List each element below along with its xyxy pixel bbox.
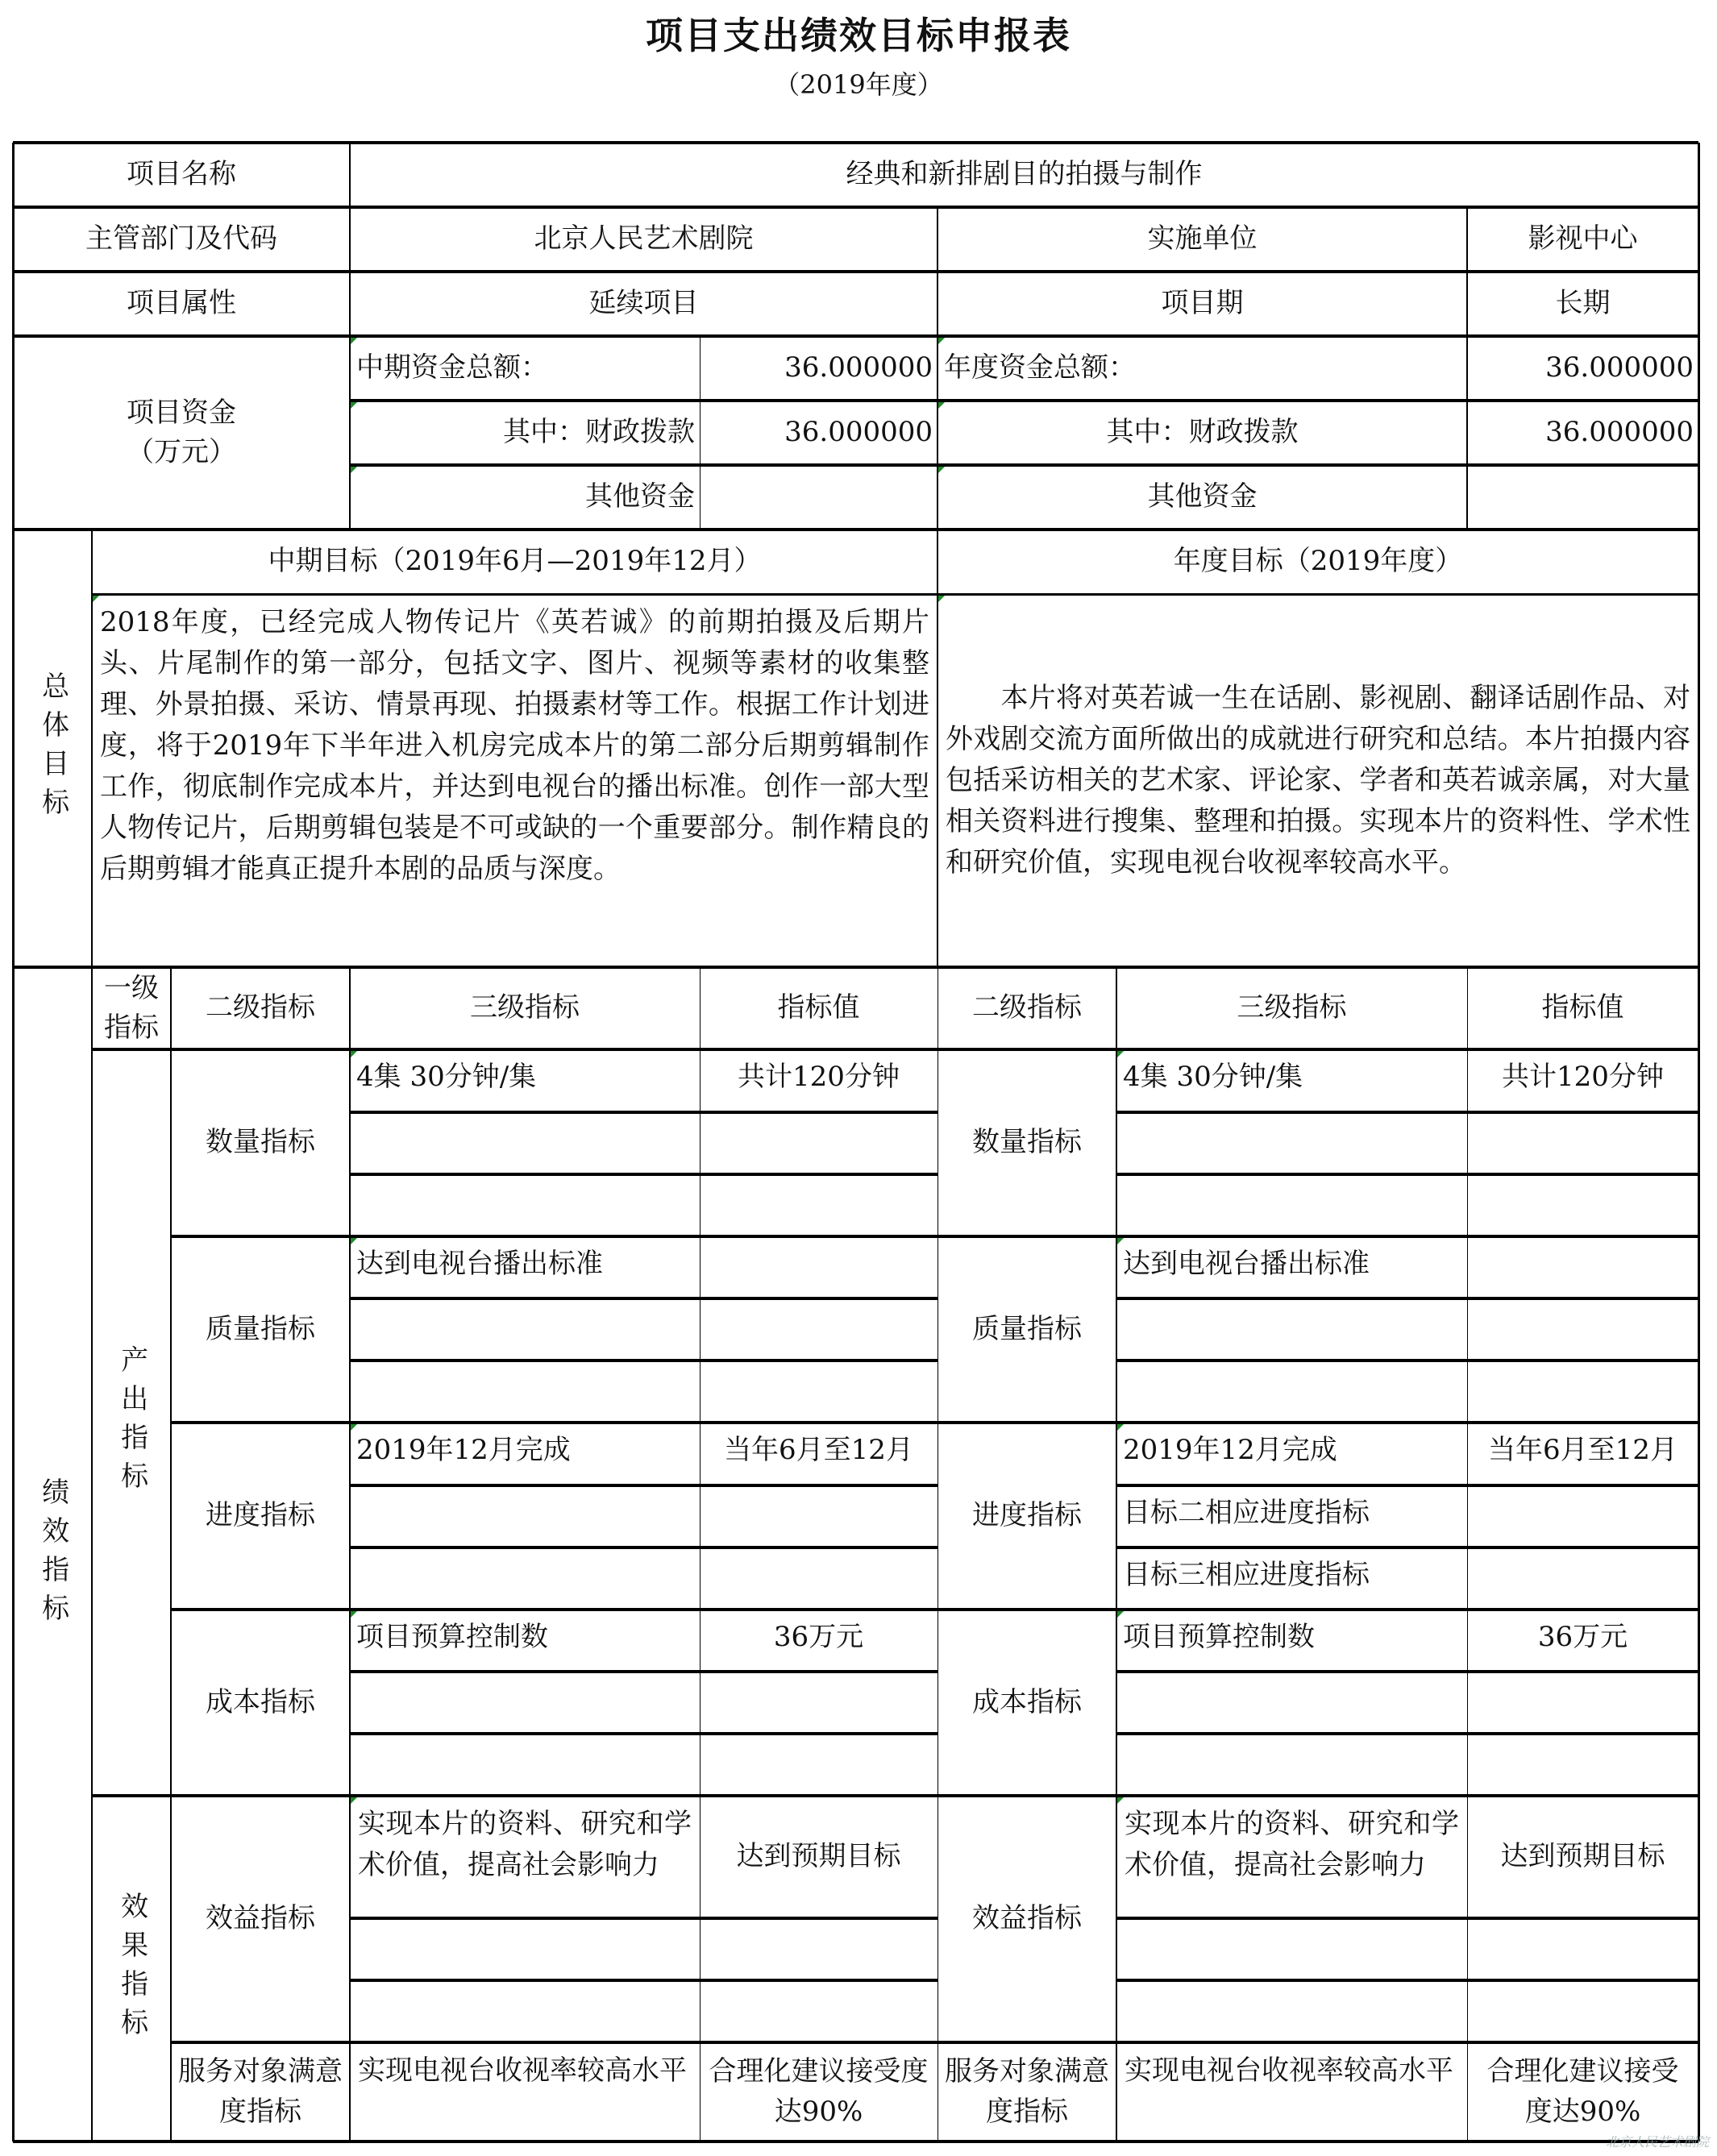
- dept-label: 主管部门及代码: [13, 207, 350, 272]
- performance-indicator-label: 绩效指标: [13, 967, 92, 2141]
- value-mid: [700, 1112, 937, 1174]
- value-mid: [700, 1360, 937, 1423]
- level3-mid: [350, 1485, 700, 1547]
- value-mid: [700, 1672, 937, 1734]
- grid-line: [13, 270, 1698, 273]
- grid-line: [1116, 1732, 1698, 1735]
- level3-annual: [1116, 1174, 1467, 1236]
- grid-line: [13, 334, 1698, 338]
- project-period-label: 项目期: [937, 272, 1467, 336]
- grid-line: [12, 143, 15, 2141]
- page-title: 项目支出绩效目标申报表: [0, 6, 1717, 60]
- grid-line: [350, 1670, 937, 1673]
- level3-mid: 项目预算控制数: [350, 1610, 700, 1672]
- cell-comment-marker-icon: [1117, 1797, 1124, 1804]
- annual-other-value: [1467, 465, 1698, 530]
- level3-mid: 2019年12月完成: [350, 1423, 700, 1485]
- annual-fiscal-label: 其中：财政拨款: [937, 401, 1467, 465]
- value-mid: 共计120分钟: [700, 1049, 937, 1112]
- grid-line: [171, 1421, 1698, 1424]
- level2-mid-2: 进度指标: [171, 1423, 350, 1610]
- mid-goal-header: 中期目标（2019年6月—2019年12月）: [92, 530, 937, 594]
- effect-indicator-label: 效果指标: [92, 1796, 171, 2141]
- level2-annual-5: 服务对象满意度指标: [937, 2042, 1116, 2141]
- value-mid: 合理化建议接受度达90%: [700, 2042, 937, 2141]
- level3-mid: [350, 1298, 700, 1360]
- value-mid: [700, 1918, 937, 1980]
- grid-line: [937, 530, 938, 967]
- grid-line: [1466, 207, 1468, 530]
- level3-mid: 实现电视台收视率较高水平: [350, 2042, 700, 2141]
- value-mid: 达到预期目标: [700, 1796, 937, 1918]
- level3-annual: [1116, 1112, 1467, 1174]
- grid-line: [1116, 1297, 1698, 1300]
- level3-mid: 4集 30分钟/集: [350, 1049, 700, 1112]
- level2-annual-0: 数量指标: [937, 1049, 1116, 1236]
- value-annual: 当年6月至12月: [1467, 1423, 1698, 1485]
- grid-line: [13, 2140, 1698, 2143]
- mid-goal-text: 2018年度，已经完成人物传记片《英若诚》的前期拍摄及后期片头、片尾制作的第一部…: [92, 594, 937, 967]
- value-annual: [1467, 1174, 1698, 1236]
- project-attr-label: 项目属性: [13, 272, 350, 336]
- cell-comment-marker-icon: [1117, 1238, 1124, 1244]
- level3-annual: [1116, 1360, 1467, 1423]
- annual-total-value: 36.000000: [1467, 336, 1698, 401]
- cell-comment-marker-icon: [1117, 1051, 1124, 1057]
- project-name-label: 项目名称: [13, 143, 350, 207]
- watermark: 北京人民艺术剧院: [1606, 2132, 1709, 2150]
- value-mid: [700, 1236, 937, 1298]
- cell-comment-marker-icon: [938, 402, 945, 409]
- grid-line: [1116, 1173, 1698, 1176]
- level2-mid-1: 质量指标: [171, 1236, 350, 1423]
- dept-value: 北京人民艺术剧院: [350, 207, 937, 272]
- impl-unit-value: 影视中心: [1467, 207, 1698, 272]
- value-annual: [1467, 1298, 1698, 1360]
- grid-line: [350, 1173, 937, 1176]
- funding-title: 项目资金: [127, 393, 236, 433]
- funding-unit: （万元）: [127, 433, 236, 472]
- mid-total-value: 36.000000: [700, 336, 937, 401]
- header-level3-annual: 三级指标: [1116, 967, 1467, 1049]
- level3-annual: 实现本片的资料、研究和学术价值，提高社会影响力: [1116, 1796, 1467, 1918]
- grid-line: [13, 966, 1698, 969]
- level3-annual: [1116, 1918, 1467, 1980]
- level3-annual: 2019年12月完成: [1116, 1423, 1467, 1485]
- grid-line: [92, 593, 1698, 596]
- level3-mid: [350, 1980, 700, 2042]
- header-level3-mid: 三级指标: [350, 967, 700, 1049]
- grid-line: [350, 1732, 937, 1735]
- level2-mid-5: 服务对象满意度指标: [171, 2042, 350, 2141]
- grid-line: [349, 143, 351, 530]
- cell-comment-marker-icon: [1117, 1424, 1124, 1431]
- funding-label: 项目资金（万元）: [13, 336, 350, 530]
- level2-annual-3: 成本指标: [937, 1610, 1116, 1796]
- level3-mid: [350, 1734, 700, 1796]
- level3-annual: 达到电视台播出标准: [1116, 1236, 1467, 1298]
- value-annual: [1467, 1236, 1698, 1298]
- level2-mid-3: 成本指标: [171, 1610, 350, 1796]
- annual-goal-header: 年度目标（2019年度）: [937, 530, 1698, 594]
- grid-line: [13, 206, 1698, 209]
- value-annual: [1467, 1112, 1698, 1174]
- header-level2-annual: 二级指标: [937, 967, 1116, 1049]
- mid-fiscal-value: 36.000000: [700, 401, 937, 465]
- value-mid: [700, 1547, 937, 1610]
- output-indicator-label: 产出指标: [92, 1049, 171, 1796]
- annual-other-label: 其他资金: [937, 465, 1467, 530]
- level3-mid: [350, 1360, 700, 1423]
- level3-mid: [350, 1112, 700, 1174]
- value-annual: [1467, 1360, 1698, 1423]
- level3-annual: 实现电视台收视率较高水平: [1116, 2042, 1467, 2141]
- project-attr-value: 延续项目: [350, 272, 937, 336]
- mid-fiscal-label: 其中：财政拨款: [350, 401, 700, 465]
- grid-line: [1116, 1359, 1698, 1362]
- grid-line: [1467, 967, 1468, 2141]
- annual-total-label: 年度资金总额：: [937, 336, 1467, 401]
- cell-comment-marker-icon: [351, 1611, 357, 1618]
- level2-annual-1: 质量指标: [937, 1236, 1116, 1423]
- grid-line: [91, 530, 93, 2141]
- grid-line: [937, 207, 938, 530]
- level3-annual: 4集 30分钟/集: [1116, 1049, 1467, 1112]
- header-level1: 一级指标: [92, 967, 171, 1049]
- cell-comment-marker-icon: [1117, 1611, 1124, 1618]
- cell-comment-marker-icon: [351, 1051, 357, 1057]
- level3-mid: [350, 1547, 700, 1610]
- cell-comment-marker-icon: [938, 467, 945, 473]
- cell-comment-marker-icon: [93, 596, 99, 602]
- grid-line: [937, 967, 938, 2141]
- value-mid: 36万元: [700, 1610, 937, 1672]
- grid-line: [13, 141, 1698, 144]
- level2-annual-4: 效益指标: [937, 1796, 1116, 2042]
- mid-other-label: 其他资金: [350, 465, 700, 530]
- grid-line: [350, 1546, 937, 1549]
- value-annual: [1467, 1547, 1698, 1610]
- grid-line: [1116, 1670, 1698, 1673]
- level3-annual: [1116, 1298, 1467, 1360]
- mid-other-value: [700, 465, 937, 530]
- grid-line: [1116, 1917, 1698, 1920]
- grid-line: [1116, 967, 1117, 2141]
- overall-goal-label: 总体目标: [13, 530, 92, 967]
- level3-mid: 实现本片的资料、研究和学术价值，提高社会影响力: [350, 1796, 700, 1918]
- level3-annual: [1116, 1672, 1467, 1734]
- project-period-value: 长期: [1467, 272, 1698, 336]
- mid-total-label: 中期资金总额：: [350, 336, 700, 401]
- annual-goal-text: 本片将对英若诚一生在话剧、影视剧、翻译话剧作品、对外戏剧交流方面所做出的成就进行…: [937, 594, 1698, 967]
- grid-line: [350, 1979, 937, 1982]
- value-annual: [1467, 1485, 1698, 1547]
- value-mid: [700, 1734, 937, 1796]
- value-mid: 当年6月至12月: [700, 1423, 937, 1485]
- grid-line: [1116, 1979, 1698, 1982]
- value-mid: [700, 1980, 937, 2042]
- value-mid: [700, 1485, 937, 1547]
- grid-line: [1698, 143, 1700, 2141]
- value-mid: [700, 1174, 937, 1236]
- grid-line: [171, 2041, 1698, 2044]
- grid-line: [92, 1794, 1698, 1797]
- level3-mid: 达到电视台播出标准: [350, 1236, 700, 1298]
- grid-line: [350, 1917, 937, 1920]
- grid-line: [350, 399, 1698, 402]
- value-annual: [1467, 1734, 1698, 1796]
- value-annual: [1467, 1918, 1698, 1980]
- page-subtitle: （2019年度）: [0, 64, 1717, 102]
- cell-comment-marker-icon: [938, 596, 945, 602]
- level2-mid-4: 效益指标: [171, 1796, 350, 2042]
- grid-line: [350, 1484, 937, 1487]
- cell-comment-marker-icon: [938, 338, 945, 344]
- header-level2-mid: 二级指标: [171, 967, 350, 1049]
- level3-annual: 目标二相应进度指标: [1116, 1485, 1467, 1547]
- level3-annual: [1116, 1734, 1467, 1796]
- grid-line: [350, 1359, 937, 1362]
- grid-line: [1116, 1484, 1698, 1487]
- value-annual: [1467, 1672, 1698, 1734]
- grid-line: [700, 336, 701, 530]
- header-value-mid: 指标值: [700, 967, 937, 1049]
- header-value-annual: 指标值: [1467, 967, 1698, 1049]
- grid-line: [350, 463, 1698, 467]
- value-annual: 36万元: [1467, 1610, 1698, 1672]
- grid-line: [171, 1235, 1698, 1238]
- level3-mid: [350, 1174, 700, 1236]
- grid-line: [350, 1297, 937, 1300]
- cell-comment-marker-icon: [351, 402, 357, 409]
- grid-line: [1116, 1111, 1698, 1114]
- annual-fiscal-value: 36.000000: [1467, 401, 1698, 465]
- level3-annual: 目标三相应进度指标: [1116, 1547, 1467, 1610]
- level3-mid: [350, 1672, 700, 1734]
- grid-line: [170, 967, 172, 2141]
- cell-comment-marker-icon: [351, 467, 357, 473]
- level2-annual-2: 进度指标: [937, 1423, 1116, 1610]
- grid-line: [13, 528, 1698, 531]
- grid-line: [700, 967, 701, 2141]
- cell-comment-marker-icon: [351, 1424, 357, 1431]
- value-annual: 合理化建议接受度达90%: [1467, 2042, 1698, 2141]
- grid-line: [171, 1608, 1698, 1611]
- grid-line: [92, 1048, 1698, 1051]
- value-annual: 达到预期目标: [1467, 1796, 1698, 1918]
- value-annual: [1467, 1980, 1698, 2042]
- project-name-value: 经典和新排剧目的拍摄与制作: [350, 143, 1698, 207]
- value-annual: 共计120分钟: [1467, 1049, 1698, 1112]
- level3-annual: [1116, 1980, 1467, 2042]
- value-mid: [700, 1298, 937, 1360]
- grid-line: [349, 967, 351, 2141]
- impl-unit-label: 实施单位: [937, 207, 1467, 272]
- cell-comment-marker-icon: [351, 1238, 357, 1244]
- grid-line: [1116, 1546, 1698, 1549]
- level3-annual: 项目预算控制数: [1116, 1610, 1467, 1672]
- cell-comment-marker-icon: [351, 338, 357, 344]
- cell-comment-marker-icon: [351, 1797, 357, 1804]
- level2-mid-0: 数量指标: [171, 1049, 350, 1236]
- level3-mid: [350, 1918, 700, 1980]
- grid-line: [350, 1111, 937, 1114]
